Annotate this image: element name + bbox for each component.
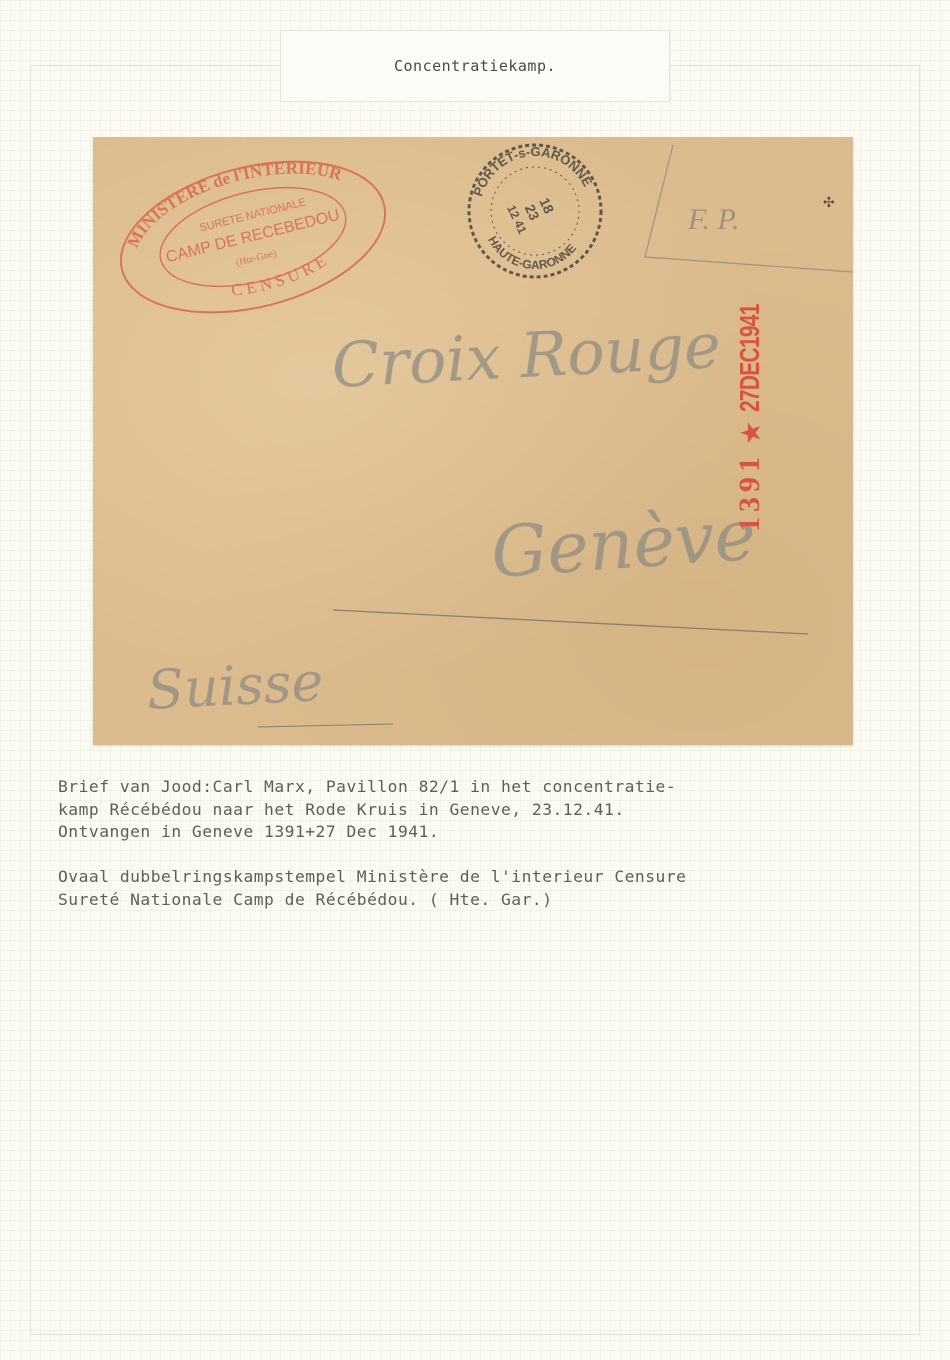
address-line-2: Genève [488,494,758,594]
star-icon: ★ [739,421,765,444]
handwritten-address: Croix Rouge Genève Suisse [145,309,808,727]
censor-stamp: MINISTERE de l'INTERIEUR CENSURE SURETE … [104,137,401,338]
page-title: Concentratiekamp. [394,57,556,75]
svg-text:PORTET-s-GARONNE: PORTET-s-GARONNE [470,144,595,198]
postmark: PORTET-s-GARONNE HAUTE-GARONNE 18 23 12 … [469,144,601,277]
envelope-image: MINISTERE de l'INTERIEUR CENSURE SURETE … [93,137,853,745]
address-line-1: Croix Rouge [330,309,723,402]
small-mark-icon: ✣ [823,194,835,210]
description-paragraph-1: Brief van Jood:Carl Marx, Pavillon 82/1 … [58,776,676,844]
description-paragraph-2: Ovaal dubbelringskampstempel Ministère d… [58,866,686,911]
receipt-stamp: 1391 ★ 27DEC1941 [733,292,767,532]
fp-text: F. P. [687,203,739,236]
title-box: Concentratiekamp. [280,30,670,102]
address-line-3: Suisse [145,650,324,722]
receipt-number: 1391 [733,452,766,532]
fp-mark: F. P. [645,145,853,272]
receipt-date: 27DEC1941 [734,305,766,413]
censor-inner-3: (Hte-Gne) [235,248,278,269]
postmark-top-text: PORTET-s-GARONNE [470,144,595,198]
